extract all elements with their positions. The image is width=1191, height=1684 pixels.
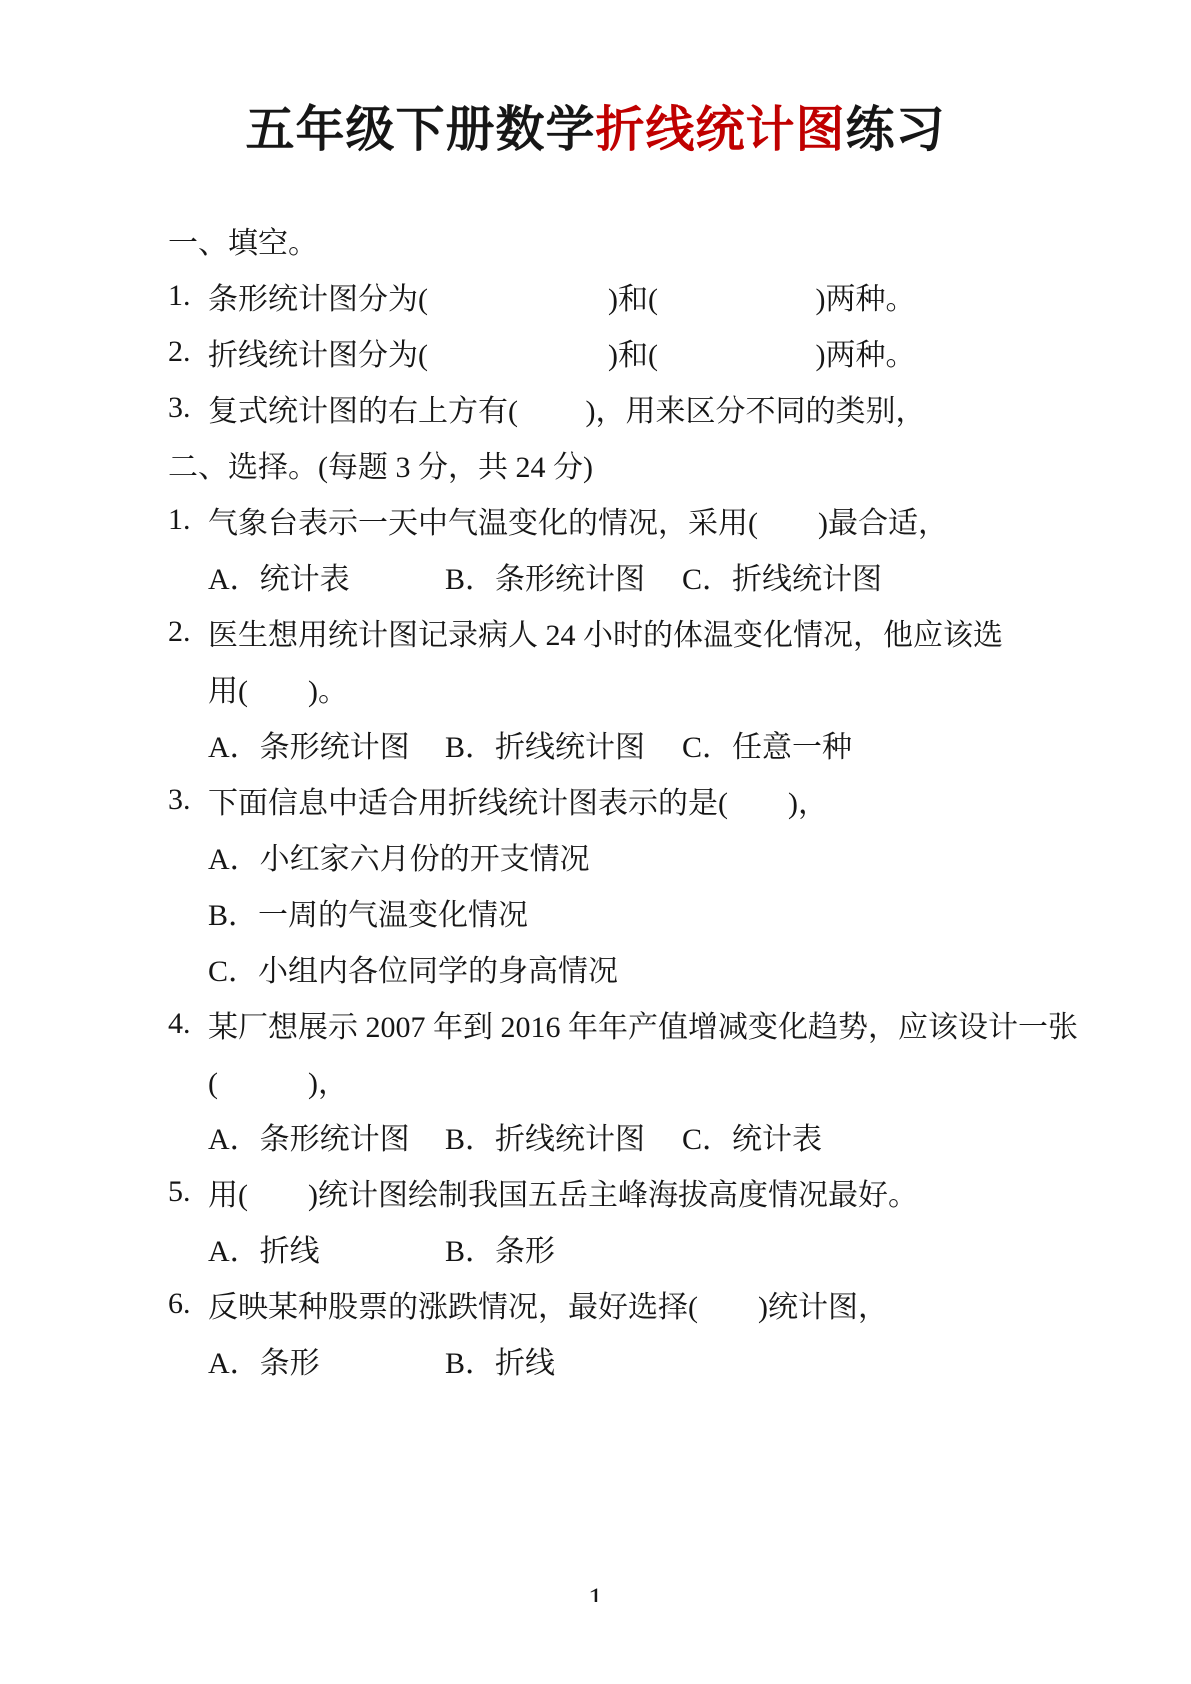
page-footer: 1 — [0, 1584, 1191, 1602]
s2-question-4-number: 4. — [168, 1007, 208, 1041]
s2-q6-option-a: A．条形 — [208, 1338, 445, 1382]
s2-q5-option-b: B．条形 — [445, 1226, 555, 1270]
title-suffix: 练习 — [846, 102, 946, 157]
s2-question-3-option-c-row: C．小组内各位同学的身高情况 — [168, 940, 1161, 996]
s2-question-3: 3.下面信息中适合用折线统计图表示的是( )， — [168, 772, 1161, 828]
s2-q3-option-c: C．小组内各位同学的身高情况 — [208, 946, 618, 990]
s1-question-3-text: 复式统计图的右上方有( )，用来区分不同的类别， — [208, 386, 925, 430]
worksheet-body: 一、填空。 1.条形统计图分为( )和( )两种。 2.折线统计图分为( )和(… — [0, 212, 1191, 1388]
s2-q3-option-a: A．小红家六月份的开支情况 — [208, 834, 590, 878]
s2-q1-option-a: A．统计表 — [208, 554, 445, 598]
s2-q2-option-c: C．任意一种 — [682, 722, 852, 766]
s2-q1-option-c: C．折线统计图 — [682, 554, 882, 598]
s2-question-2-text-line1: 医生想用统计图记录病人 24 小时的体温变化情况，他应该选 — [208, 610, 1003, 654]
s1-question-1-text: 条形统计图分为( )和( )两种。 — [208, 274, 915, 318]
section-2-heading-text: 二、选择。(每题 3 分，共 24 分) — [168, 442, 593, 486]
s2-question-6-text: 反映某种股票的涨跌情况，最好选择( )统计图， — [208, 1282, 888, 1326]
s2-q6-option-b: B．折线 — [445, 1338, 555, 1382]
s2-question-1-text: 气象台表示一天中气温变化的情况，采用( )最合适， — [208, 498, 948, 542]
s2-question-2-number: 2. — [168, 615, 208, 649]
s2-question-4-text-line2: ( )， — [208, 1058, 348, 1102]
s2-q3-option-b: B．一周的气温变化情况 — [208, 890, 528, 934]
s2-question-5: 5.用( )统计图绘制我国五岳主峰海拔高度情况最好。 — [168, 1164, 1161, 1220]
s2-question-4-options: A．条形统计图B．折线统计图C．统计表 — [168, 1108, 1161, 1164]
s2-question-5-options: A．折线B．条形 — [168, 1220, 1161, 1276]
s2-question-6-number: 6. — [168, 1287, 208, 1321]
s2-q4-option-a: A．条形统计图 — [208, 1114, 445, 1158]
s1-question-2: 2.折线统计图分为( )和( )两种。 — [168, 324, 1161, 380]
s2-question-6-options: A．条形B．折线 — [168, 1332, 1161, 1388]
s2-question-1-options: A．统计表B．条形统计图C．折线统计图 — [168, 548, 1161, 604]
s2-question-3-text: 下面信息中适合用折线统计图表示的是( )， — [208, 778, 828, 822]
s2-question-2-continuation: 用( )。 — [168, 660, 1161, 716]
s2-q2-option-b: B．折线统计图 — [445, 722, 682, 766]
s2-question-6: 6.反映某种股票的涨跌情况，最好选择( )统计图， — [168, 1276, 1161, 1332]
s2-question-4-text-line1: 某厂想展示 2007 年到 2016 年年产值增减变化趋势，应该设计一张 — [208, 1002, 1078, 1046]
s2-question-3-option-b-row: B．一周的气温变化情况 — [168, 884, 1161, 940]
s2-question-5-text: 用( )统计图绘制我国五岳主峰海拔高度情况最好。 — [208, 1170, 918, 1214]
s1-question-3: 3.复式统计图的右上方有( )，用来区分不同的类别， — [168, 380, 1161, 436]
s2-question-3-option-a-row: A．小红家六月份的开支情况 — [168, 828, 1161, 884]
s2-question-1-number: 1. — [168, 503, 208, 537]
section-1-heading: 一、填空。 — [168, 212, 1161, 268]
title-prefix: 五年级下册数学 — [245, 102, 595, 157]
section-2-heading: 二、选择。(每题 3 分，共 24 分) — [168, 436, 1161, 492]
s2-q4-option-b: B．折线统计图 — [445, 1114, 682, 1158]
page-number: 1 — [588, 1584, 603, 1602]
s1-question-1-number: 1. — [168, 279, 208, 313]
s2-q2-option-a: A．条形统计图 — [208, 722, 445, 766]
s2-question-2-text-line2: 用( )。 — [208, 666, 348, 710]
s2-q5-option-a: A．折线 — [208, 1226, 445, 1270]
s2-question-5-number: 5. — [168, 1175, 208, 1209]
s1-question-2-number: 2. — [168, 335, 208, 369]
s1-question-2-text: 折线统计图分为( )和( )两种。 — [208, 330, 915, 374]
s2-q1-option-b: B．条形统计图 — [445, 554, 682, 598]
s2-question-2-options: A．条形统计图B．折线统计图C．任意一种 — [168, 716, 1161, 772]
worksheet-page: 五年级下册数学折线统计图练习 一、填空。 1.条形统计图分为( )和( )两种。… — [0, 0, 1191, 1684]
s2-question-4: 4.某厂想展示 2007 年到 2016 年年产值增减变化趋势，应该设计一张 — [168, 996, 1161, 1052]
title-highlight: 折线统计图 — [595, 102, 845, 157]
s1-question-1: 1.条形统计图分为( )和( )两种。 — [168, 268, 1161, 324]
section-1-heading-text: 一、填空。 — [168, 218, 318, 262]
s2-question-1: 1.气象台表示一天中气温变化的情况，采用( )最合适， — [168, 492, 1161, 548]
s2-question-2: 2.医生想用统计图记录病人 24 小时的体温变化情况，他应该选 — [168, 604, 1161, 660]
s2-q4-option-c: C．统计表 — [682, 1114, 822, 1158]
s2-question-4-continuation: ( )， — [168, 1052, 1161, 1108]
page-title: 五年级下册数学折线统计图练习 — [0, 0, 1191, 164]
s2-question-3-number: 3. — [168, 783, 208, 817]
s1-question-3-number: 3. — [168, 391, 208, 425]
